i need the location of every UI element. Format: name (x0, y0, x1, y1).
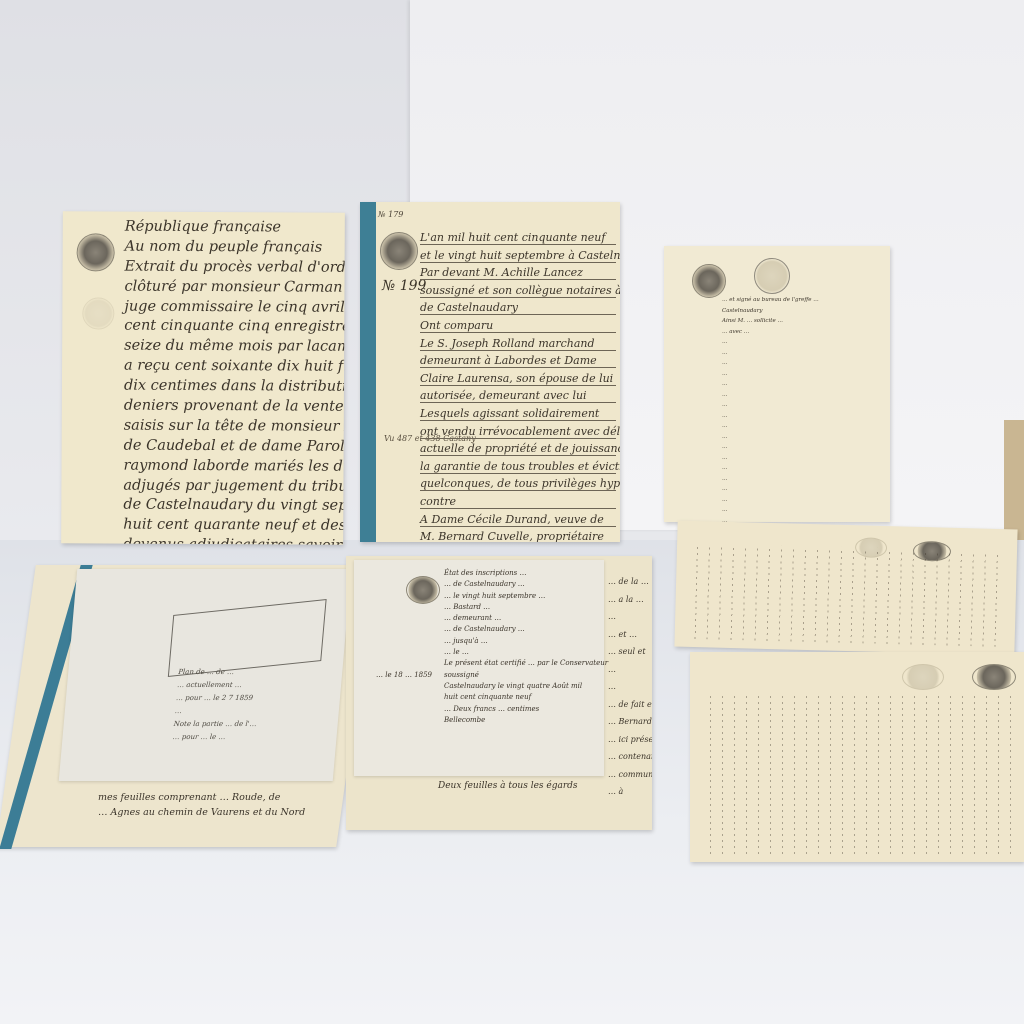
handwritten-text (689, 543, 1007, 647)
text-line: … Bastard … (444, 604, 614, 611)
text-line: Par devant M. Achille Lancez (420, 267, 616, 280)
text-line: … (722, 382, 882, 388)
text-line: Castelnaudary le vingt quatre Août mil (444, 683, 614, 690)
handwritten-text (704, 692, 1014, 854)
text-line: … (722, 477, 882, 483)
text-line: Le S. Joseph Rolland marchand (420, 338, 616, 351)
text-line: Note la partie … de l'… (173, 721, 374, 728)
text-line: … contenance (608, 753, 652, 761)
text-line: … (608, 613, 652, 621)
document-text: État des inscriptions …… de Castelnaudar… (444, 570, 614, 728)
stamp-icon (972, 664, 1016, 690)
document-text: République françaiseAu nom du peuple fra… (123, 220, 339, 545)
document-stamped-letter: … et signé au bureau de l'greffe …Castel… (664, 246, 890, 522)
text-line: saisis sur la tête de monsieur Louis (124, 418, 338, 434)
date-note: … le 18 … 1859 (376, 672, 432, 679)
text-line: ont vendu irrévocablement avec délaissem… (420, 426, 616, 439)
text-line: … (722, 340, 882, 346)
text-line: … et signé au bureau de l'greffe … (722, 298, 882, 304)
text-line: … (722, 508, 882, 514)
stamp-icon (380, 232, 418, 270)
text-line: … (722, 498, 882, 504)
text-line: … Deux francs … centimes (444, 706, 614, 713)
text-line: … (722, 361, 882, 367)
text-line: … (608, 666, 652, 674)
text-line: … (722, 466, 882, 472)
text-line: la garantie de tous troubles et éviction… (420, 461, 616, 474)
text-line: … (722, 414, 882, 420)
text-line: … Agnes au chemin de Vaurens et du Nord (98, 808, 305, 818)
text-line: … le vingt huit septembre … (444, 593, 614, 600)
text-line: Bellecombe (444, 717, 614, 724)
text-line: … (722, 403, 882, 409)
text-line: soussigné et son collègue notaires à la … (420, 285, 616, 298)
seal-icon (902, 664, 944, 690)
text-line: … à (608, 788, 652, 796)
document-number: № 179 (378, 210, 403, 219)
text-line: … de Castelnaudary … (444, 626, 614, 633)
text-line: Castelnaudary (722, 309, 882, 315)
text-line: a reçu cent soixante dix huit francs (124, 359, 338, 375)
text-line: … le … (444, 649, 614, 656)
faint-seal-icon (82, 297, 114, 329)
text-line: huit cent cinquante neuf (444, 694, 614, 701)
stamp-icon (77, 233, 115, 271)
text-line: dix centimes dans la distribution des (124, 379, 338, 395)
text-line: République française (125, 220, 339, 236)
text-line: de Castelnaudary (420, 302, 616, 315)
text-line: … jusqu'à … (444, 638, 614, 645)
text-line: soussigné (444, 672, 614, 679)
text-line: Au nom du peuple français (125, 239, 339, 255)
text-line: … (722, 372, 882, 378)
text-line: Claire Laurensa, son épouse de lui (420, 373, 616, 386)
text-line: de Caudebal et de dame Paroline (124, 438, 338, 454)
text-line: huit cent quarante neuf et desquels sont (123, 518, 337, 534)
document-letter-lower (690, 652, 1024, 862)
text-line: … (722, 456, 882, 462)
text-line: Ont comparu (420, 320, 616, 333)
text-line: de Castelnaudary du vingt sept avril mil (123, 498, 337, 514)
text-line: … commune de (608, 771, 652, 779)
text-line: clôturé par monsieur Carman (124, 279, 338, 295)
text-line: contre (420, 496, 616, 509)
document-text: … et signé au bureau de l'greffe …Castel… (722, 298, 882, 522)
text-line: devenus adjudicataires savoir le sieur (123, 538, 337, 545)
text-line: adjugés par jugement du tribunal civil (123, 478, 337, 494)
text-line: … ici présente (608, 736, 652, 744)
text-line: mes feuilles comprenant … Roude, de (98, 793, 305, 803)
text-line: M. Bernard Cuvelle, propriétaire (420, 531, 616, 542)
text-line: … (722, 487, 882, 493)
text-line: L'an mil huit cent cinquante neuf (420, 232, 616, 245)
text-line: raymond laborde mariés les dits biens (124, 458, 338, 474)
text-line: deniers provenant de la vente des biens (124, 399, 338, 415)
text-line: … (722, 445, 882, 451)
seal-icon (754, 258, 790, 294)
underlying-text: … de la …… a la ……… et … … seul et……… de… (608, 578, 652, 806)
text-line: … Bernard (608, 718, 652, 726)
text-line: … (722, 351, 882, 357)
text-line: A Dame Cécile Durand, veuve de (420, 514, 616, 527)
text-line: … seul et (608, 648, 652, 656)
text-line: … (722, 393, 882, 399)
attached-sheet: … le 18 … 1859 État des inscriptions …… … (354, 560, 604, 776)
text-line: actuelle de propriété et de jouissance, … (420, 443, 616, 456)
text-line: … (722, 424, 882, 430)
text-line: … a la … (608, 596, 652, 604)
text-line: Lesquels agissant solidairement (420, 408, 616, 421)
land-plot-drawing (168, 599, 327, 677)
document-text: mes feuilles comprenant … Roude, de… Agn… (98, 793, 305, 822)
text-line: … pour … le … (172, 734, 373, 741)
text-line: Le présent état certifié … par le Conser… (444, 660, 614, 667)
text-line: … de Castelnaudary … (444, 581, 614, 588)
text-line: État des inscriptions … (444, 570, 614, 577)
text-line: … de fait et (608, 701, 652, 709)
text-line: quelconques, de tous privilèges hypothéc… (420, 478, 616, 491)
document-land-plan: Plan de … de …… actuellement …… pour … l… (10, 565, 360, 849)
document-republique-extract: République françaiseAu nom du peuple fra… (61, 211, 345, 544)
text-line: et le vingt huit septembre à Castelnauda… (420, 250, 616, 263)
text-line: … demeurant … (444, 615, 614, 622)
document-text: L'an mil huit cent cinquante neufet le v… (420, 232, 616, 542)
text-line: … (722, 435, 882, 441)
text-line: … (608, 683, 652, 691)
blue-binding (360, 202, 376, 542)
text-line: autorisée, demeurant avec lui (420, 390, 616, 403)
text-line: cent cinquante cinq enregistré à Casteln… (124, 319, 338, 335)
text-line: … et … (608, 631, 652, 639)
document-state-of-registrations: … le 18 … 1859 État des inscriptions …… … (346, 556, 652, 830)
document-notarial-act: № 179 № 199 Vu 487 et 438 Castany L'an m… (360, 202, 620, 542)
document-letter-upper (674, 521, 1017, 656)
text-line: Ainsi M. … sollicite … (722, 319, 882, 325)
text-line: … de la … (608, 578, 652, 586)
text-line: demeurant à Labordes et Dame (420, 355, 616, 368)
stamp-icon (406, 576, 440, 604)
stamp-icon (692, 264, 726, 298)
footer-note: Deux feuilles à tous les égards (438, 782, 578, 791)
text-line: Extrait du procès verbal d'ordre (125, 259, 339, 275)
text-line: seize du même mois par lacampe qui (124, 339, 338, 355)
text-line: juge commissaire le cinq avril mil huit (124, 299, 338, 315)
plan-sheet: Plan de … de …… actuellement …… pour … l… (59, 569, 352, 781)
text-line: … avec … (722, 330, 882, 336)
